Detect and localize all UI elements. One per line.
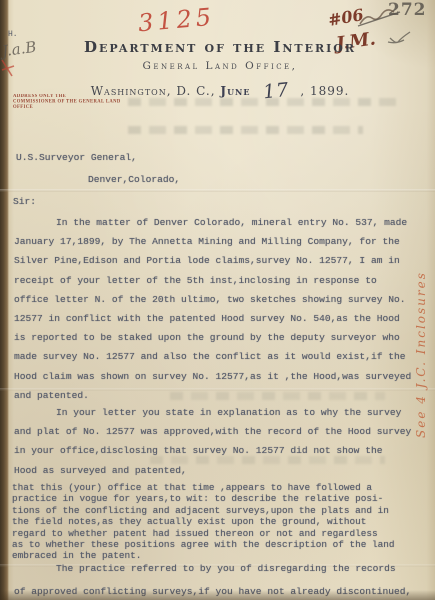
addressee-line: U.S.Surveyor General, bbox=[16, 152, 137, 163]
typed-line: in your office,disclosing that survey No… bbox=[14, 441, 411, 460]
paragraph-1: In the matter of Denver Colorado, minera… bbox=[14, 213, 411, 405]
typed-line: receipt of your letter of the 5th inst,i… bbox=[14, 271, 411, 290]
margin-vertical-note: See 4 J.C. Inclosures bbox=[414, 228, 434, 438]
ink-bleed-through bbox=[128, 126, 363, 134]
address-only-note: ADDRESS ONLY THE COMMISSIONER OF THE GEN… bbox=[13, 94, 138, 110]
letterhead-department: Department of the Interior bbox=[50, 38, 390, 56]
typed-line: office letter N. of the 20th ultimo, two… bbox=[14, 290, 411, 309]
typed-line: is reported to be staked upon the ground… bbox=[14, 328, 411, 347]
typed-line: that this (your) office at that time ,ap… bbox=[12, 482, 395, 493]
paragraph-2: In your letter you state in explanation … bbox=[14, 403, 411, 480]
binding-edge-shadow bbox=[0, 0, 9, 600]
red-docket-number: 3125 bbox=[137, 3, 216, 38]
typed-line: and plat of No. 12577 was approved,with … bbox=[14, 422, 411, 441]
scanned-letter-page: H. J.a.B 3125 #06 J.M. 272 Department of… bbox=[0, 0, 435, 600]
red-edge-mark-icon bbox=[0, 56, 18, 82]
typed-line: 12577 in conflict with the patented Hood… bbox=[14, 309, 411, 328]
typed-line: regard to whether patent had issued ther… bbox=[12, 528, 395, 539]
typed-file-letter: H. bbox=[8, 30, 18, 39]
typed-line: as to whether these positions agree with… bbox=[12, 539, 395, 550]
typed-line: The practice referred to by you of disre… bbox=[14, 557, 411, 580]
typed-line: practice in vogue for years,to wit: to d… bbox=[12, 493, 395, 504]
typed-line: Hood as surveyed and patented, bbox=[14, 461, 411, 480]
salutation: Sir: bbox=[13, 196, 36, 207]
typed-line: tions of the conflicting and adjacent su… bbox=[12, 505, 395, 516]
paper-crease bbox=[0, 189, 435, 192]
typed-line: In the matter of Denver Colorado, minera… bbox=[14, 213, 411, 232]
paragraph-3: that this (your) office at that time ,ap… bbox=[12, 482, 395, 562]
typed-line: Hood claim was shown on survey No. 12577… bbox=[14, 367, 411, 386]
letterhead-office: General Land Office, bbox=[50, 60, 390, 72]
bottom-edge-shadow bbox=[0, 590, 435, 600]
typed-line: January 17,1899, by The Annetta Mining a… bbox=[14, 232, 411, 251]
typed-line: In your letter you state in explanation … bbox=[14, 403, 411, 422]
addressee-line: Denver,Colorado, bbox=[88, 174, 180, 185]
letterhead-month: June bbox=[220, 84, 250, 98]
letterhead-year: , 1899. bbox=[300, 84, 349, 98]
handwritten-day: 17 bbox=[262, 79, 290, 104]
typed-line: made survey No. 12577 and also the confl… bbox=[14, 347, 411, 366]
typed-line: the field notes,as they actually exist u… bbox=[12, 516, 395, 527]
typed-line: Silver Pine,Edison and Portia lode claim… bbox=[14, 251, 411, 270]
